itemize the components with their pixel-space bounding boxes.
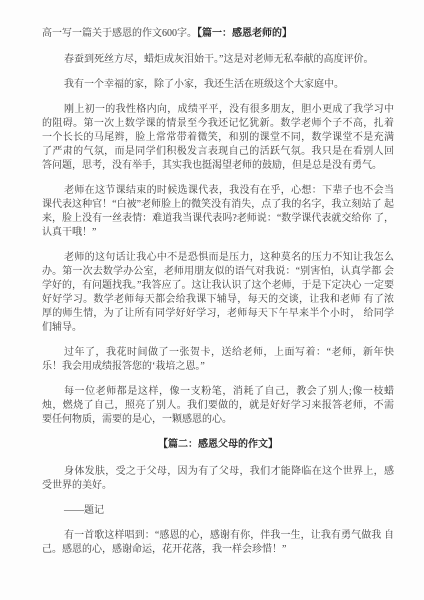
paragraph-epigraph: ——题记 [42,504,394,518]
paragraph-happy-family: 我有一个幸福的家，除了小家，我还生活在班级这个大家庭中。 [42,78,394,92]
essay-title: 高一写一篇关于感恩的作文600字。【篇一：感恩老师的】 [42,27,394,41]
essay-section1-heading: 【篇一：感恩老师的】 [197,28,292,39]
paragraph-first-math-class: 刚上初一的我性格内向，成绩平平，没有很多朋友，胆小更成了我学习中 的阻碍。第一次… [42,103,394,173]
paragraph-quote-teacher: 春蚕到死丝方尽，蜡炬成灰泪始干。”这是对老师无私奉献的高度评价。 [42,53,394,67]
essay-title-prefix: 高一写一篇关于感恩的作文600字。 [42,28,197,39]
paragraph-parents-body: 身体发肤，受之于父母，因为有了父母，我们才能降临在这个世界上，感 受世界的美好。 [42,465,394,493]
paragraph-teacher-candle: 每一位老师都是这样，像一支粉笔，消耗了自己，教会了别人;像一枝蜡 烛，燃烧了自己… [42,385,394,427]
paragraph-class-representative: 老师在这节课结束的时候选课代表，我没有在乎，心想：下辈子也不会当 课代表这种官！… [42,184,394,240]
paragraph-teacher-encouragement: 老师的这句话让我心中不是恐惧而是压力，这种莫名的压力不知让我怎么 办。第一次去数… [42,251,394,335]
paragraph-new-year-card: 过年了，我花时间做了一张贺卡，送给老师，上面写着：“老师，新年快 乐！我会用成绩… [42,346,394,374]
paragraph-grateful-heart-song: 有一首歌这样唱到：“感恩的心，感谢有你，伴我一生，让我有勇气做我 自己。感恩的心… [42,529,394,557]
essay-section2-heading: 【篇二：感恩父母的作文】 [42,438,394,452]
document-page: 高一写一篇关于感恩的作文600字。【篇一：感恩老师的】 春蚕到死丝方尽，蜡炬成灰… [0,0,424,600]
